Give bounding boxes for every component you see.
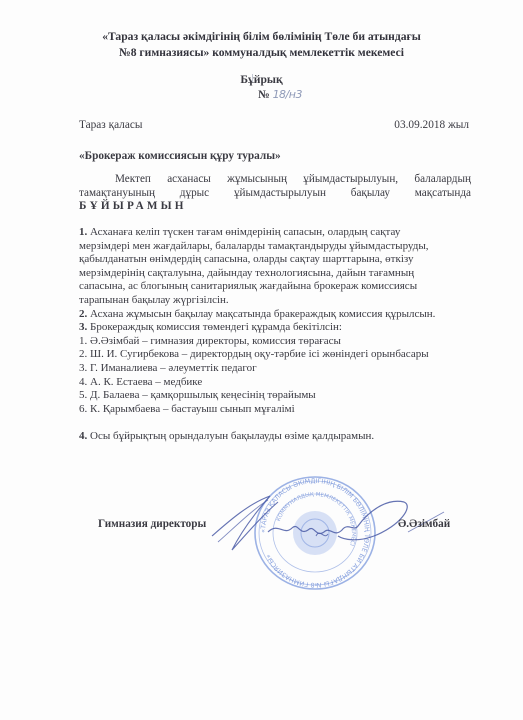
item-number: 2.	[79, 308, 87, 320]
preamble: Мектеп асханасы жұмысының ұйымдастырылуы…	[79, 172, 471, 200]
member-4: 4. А. К. Естаева – медбике	[79, 376, 479, 390]
item-text: Осы бұйрықтың орындалуын бақылауды өзіме…	[90, 430, 374, 442]
item-1-line: қабылданатын өнімдердің сапасына, оларды…	[79, 253, 479, 267]
member-2: 2. Ш. И. Сугирбекова – директордың оқу-т…	[79, 348, 479, 362]
signer-title: Гимназия директоры	[98, 518, 206, 530]
preamble-line-2: тамақтануының дұрыс ұйымдастырылуын бақы…	[79, 186, 471, 200]
order-subject: «Брокераж комиссиясын құру туралы»	[79, 150, 281, 162]
member-1: 1. Ә.Әзімбай – гимназия директоры, комис…	[79, 335, 479, 349]
item-1-line: сапасына, ас блогының санитариялық жағда…	[79, 280, 479, 294]
item-text: Асханаға келіп түскен тағам өнімдерінің …	[90, 226, 400, 238]
item-text: Асхана жұмысын бақылау мақсатында бракер…	[90, 308, 435, 320]
member-5: 5. Д. Балаева – қамқоршылық кеңесінің тө…	[79, 389, 479, 403]
date: 03.09.2018 жыл	[394, 119, 469, 131]
handwritten-number: 18/н3	[273, 88, 302, 101]
org-name-line-2: №8 гимназиясы» коммуналдық мемлекеттік м…	[0, 45, 523, 61]
number-label: №	[258, 89, 270, 101]
document-type: Бұйрық	[0, 73, 523, 86]
member-3: 3. Г. Иманалиева – әлеуметтік педагог	[79, 362, 479, 376]
item-text: Брокераждық комиссия төмендегі құрамда б…	[90, 321, 342, 333]
org-name-line-1: «Тараз қаласы әкімдігінің білім бөліміні…	[0, 29, 523, 45]
pen-mark	[252, 74, 253, 82]
decree-word: БҰЙЫРАМЫН	[79, 200, 187, 212]
item-3: 3. Брокераждық комиссия төмендегі құрамд…	[79, 321, 479, 335]
item-1-line: мерзімдерінің сақталуына, дайындау техно…	[79, 267, 479, 281]
item-1-line: мерзімдері мен жағдайлары, балаларды там…	[79, 240, 479, 254]
signer-name: Ә.Әзімбай	[398, 518, 450, 530]
item-number: 4.	[79, 430, 87, 442]
item-number: 1.	[79, 226, 87, 238]
item-1-line: тарапынан бақылау жүргізілсін.	[79, 294, 479, 308]
item-2: 2. Асхана жұмысын бақылау мақсатында бра…	[79, 308, 479, 322]
item-number: 3.	[79, 321, 87, 333]
order-body: 1. Асханаға келіп түскен тағам өнімдерін…	[79, 226, 479, 444]
city: Тараз қаласы	[79, 119, 142, 131]
item-4: 4. Осы бұйрықтың орындалуын бақылауды өз…	[79, 430, 479, 444]
preamble-line-1: Мектеп асханасы жұмысының ұйымдастырылуы…	[79, 172, 471, 186]
order-number: №18/н3	[258, 88, 302, 101]
item-1-line: 1. Асханаға келіп түскен тағам өнімдерін…	[79, 226, 479, 240]
member-6: 6. К. Қарымбаева – бастауыш сынып мұғалі…	[79, 403, 479, 417]
